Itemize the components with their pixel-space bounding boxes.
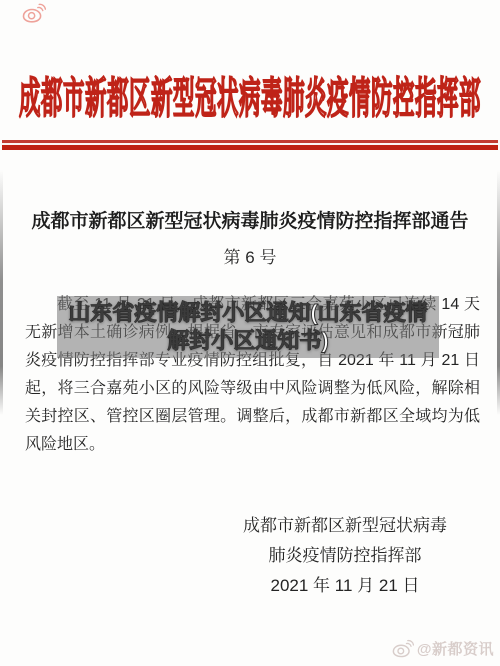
watermark: @新都资讯: [392, 638, 494, 659]
issuer-header: 成都市新都区新型冠状病毒肺炎疫情防控指挥部: [0, 68, 500, 132]
notice-image: 成都市新都区新型冠状病毒肺炎疫情防控指挥部 成都市新都区新型冠状病毒肺炎疫情防控…: [0, 0, 500, 666]
red-rule-thick: [2, 145, 498, 150]
seo-title-overlay: 山东省疫情解封小区通知(山东省疫情 解封小区通知书): [57, 296, 439, 358]
red-divider-rule: [2, 140, 498, 150]
red-weibo-watermark-icon: [22, 3, 46, 23]
body-line: 起，将三合嘉苑小区的风险等级由中风险调整为低风险，解除相: [25, 375, 480, 403]
signature-date: 2021 年 11 月 21 日: [205, 571, 485, 601]
body-line: 关封控区、管控区圈层管理。调整后，成都市新都区全域均为低: [25, 403, 480, 431]
notice-title: 成都市新都区新型冠状病毒肺炎疫情防控指挥部通告: [0, 206, 500, 233]
seo-title-line-2: 解封小区通知书): [57, 327, 439, 355]
weibo-icon: [392, 639, 414, 658]
issuer-header-text: 成都市新都区新型冠状病毒肺炎疫情防控指挥部: [19, 68, 481, 132]
notice-number: 第 6 号: [0, 243, 500, 268]
signature-org-line-2: 肺炎疫情防控指挥部: [205, 541, 485, 571]
body-line: 风险地区。: [25, 431, 480, 459]
signature-org-line-1: 成都市新都区新型冠状病毒: [205, 511, 485, 541]
seo-title-line-1: 山东省疫情解封小区通知(山东省疫情: [57, 299, 439, 327]
watermark-handle: @新都资讯: [417, 638, 494, 659]
signature-block: 成都市新都区新型冠状病毒 肺炎疫情防控指挥部 2021 年 11 月 21 日: [205, 511, 485, 601]
left-edge-shadow: [0, 170, 3, 415]
